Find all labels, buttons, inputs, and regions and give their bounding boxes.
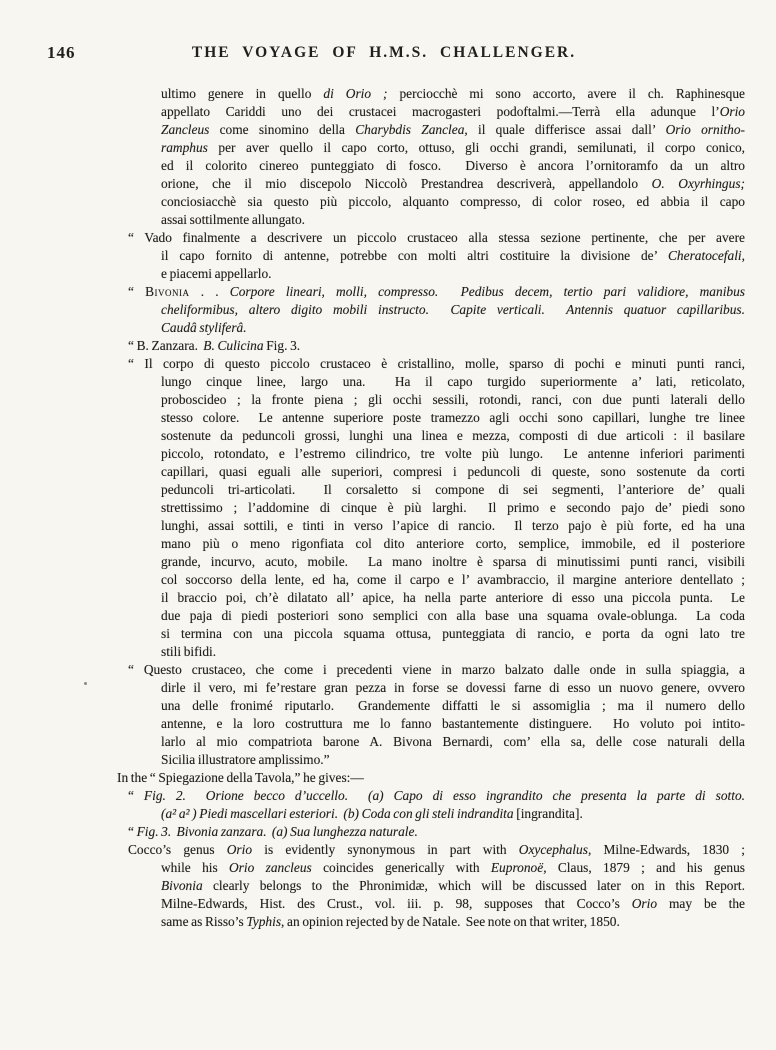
body-text: “ B. Zanzara. [128, 338, 203, 353]
body-text: , [742, 248, 745, 263]
text-line: Zancleus come sinomino della Charybdis Z… [128, 121, 745, 139]
italic-text: Orio [227, 842, 252, 857]
body-text: due paja di piedi posteriori sono sempli… [161, 608, 745, 623]
text-line: capillari, quasi eguali alle superiori, … [128, 463, 745, 481]
body-text: il capo fornito di antenne, potrebbe con… [161, 248, 668, 263]
text-line: lunghi, assai sottili, e tinti in verso … [128, 517, 745, 535]
italic-text: (a² a² ) Piedi mascellari esteriori. (b)… [161, 806, 516, 821]
body-text: while his [161, 860, 229, 875]
text-line: same as Risso’s Typhis, an opinion rejec… [128, 913, 745, 931]
body-text: sostenute da peduncoli grossi, lunghi un… [161, 428, 745, 443]
paragraph: Cocco’s genus Orio is evidently synonymo… [128, 841, 745, 931]
paragraph: “ Questo crustaceo, che come i precedent… [128, 661, 745, 769]
body-text: is evidently synonymous in part with [252, 842, 519, 857]
text-line: due paja di piedi posteriori sono sempli… [128, 607, 745, 625]
text-line: ed il colorito cinereo punteggiato di fo… [128, 157, 745, 175]
page-body: ultimo genere in quello di Orio ; percio… [128, 85, 745, 931]
body-text: “ Vado finalmente a descrivere un piccol… [128, 230, 745, 245]
body-text: conciosiacchè sia questo più piccolo, al… [161, 194, 745, 209]
paragraph: ultimo genere in quello di Orio ; percio… [128, 85, 745, 229]
body-text: grande, incurvo, acuto, mobile. La mano … [161, 554, 745, 569]
italic-text: Orio zancleus [229, 860, 312, 875]
body-text: il braccio poi, ch’è dilatato all’ apice… [161, 590, 745, 605]
body-text: “ Il corpo di questo piccolo crustaceo è… [128, 356, 745, 371]
italic-text: Caudâ styliferâ. [161, 320, 247, 335]
text-line: larlo al mio compatriota barone A. Bivon… [128, 733, 745, 751]
body-text: stili bifidi. [161, 644, 216, 659]
body-text: proboscideo ; la fronte piena ; gli occh… [161, 392, 745, 407]
paragraph: In the “ Spiegazione della Tavola,” he g… [128, 769, 745, 787]
paragraph: “ Fig. 2. Orione becco d’uccello. (a) Ca… [128, 787, 745, 823]
body-text: . . [190, 284, 230, 299]
body-text: , Milne-Edwards, 1830 ; [588, 842, 745, 857]
italic-text: B. Culicina [203, 338, 263, 353]
text-line: si termina con una piccola squama ottusa… [128, 625, 745, 643]
italic-text: Charybdis Zanclea [355, 122, 464, 137]
text-line: while his Orio zancleus coincides generi… [128, 859, 745, 877]
text-line: lungo cinque linee, largo una. Ha il cap… [128, 373, 745, 391]
italic-text: Corpore lineari, molli, compresso. Pedib… [230, 284, 745, 299]
italic-text: O. Oxyrhingus; [652, 176, 745, 191]
text-line: stesso colore. Le antenne superiore post… [128, 409, 745, 427]
paragraph: “ B. Zanzara. B. Culicina Fig. 3. [128, 337, 745, 355]
body-text: coincides generically with [312, 860, 491, 875]
book-page: 146 THE VOYAGE OF H.M.S. CHALLENGER. ult… [0, 0, 776, 1050]
body-text: “ Questo crustaceo, che come i precedent… [128, 662, 745, 677]
text-line: “ B. Zanzara. B. Culicina Fig. 3. [128, 337, 745, 355]
body-text: appellato Cariddi uno dei crustacei macr… [161, 104, 720, 119]
text-line: il braccio poi, ch’è dilatato all’ apice… [128, 589, 745, 607]
text-line: orione, che il mio discepolo Niccolò Pre… [128, 175, 745, 193]
body-text: Cocco’s genus [128, 842, 227, 857]
body-text: una delle fronimé riputarlo. Grandemente… [161, 698, 745, 713]
smallcaps-text: Bivonia [145, 284, 189, 299]
body-text: perciocchè mi sono accorto, avere il ch.… [388, 86, 745, 101]
italic-text: Orio [720, 104, 745, 119]
text-line: il capo fornito di antenne, potrebbe con… [128, 247, 745, 265]
body-text: same as Risso’s [161, 914, 246, 929]
text-line: “ Il corpo di questo piccolo crustaceo è… [128, 355, 745, 373]
body-text: larlo al mio compatriota barone A. Bivon… [161, 734, 745, 749]
paragraph: “ Vado finalmente a descrivere un piccol… [128, 229, 745, 283]
italic-text: Oxycephalus [519, 842, 588, 857]
text-line: proboscideo ; la fronte piena ; gli occh… [128, 391, 745, 409]
italic-text: Cheratocefali [668, 248, 742, 263]
text-line: grande, incurvo, acuto, mobile. La mano … [128, 553, 745, 571]
paragraph: “ Bivonia . . Corpore lineari, molli, co… [128, 283, 745, 337]
text-line: “ Fig. 3. Bivonia zanzara. (a) Sua lungh… [128, 823, 745, 841]
body-text: , il quale differisce assai dall’ [464, 122, 665, 137]
text-line: In the “ Spiegazione della Tavola,” he g… [117, 769, 745, 787]
text-line: “ Fig. 2. Orione becco d’uccello. (a) Ca… [128, 787, 745, 805]
text-line: dirle il vero, mi fe’restare gran pezza … [128, 679, 745, 697]
body-text: come sinomino della [209, 122, 355, 137]
scan-artifact-dot [84, 682, 87, 685]
text-line: cheliformibus, altero digito mobili inst… [128, 301, 745, 319]
body-text: ultimo genere in quello [161, 86, 323, 101]
body-text: , Claus, 1879 ; and his genus [543, 860, 745, 875]
text-line: Cocco’s genus Orio is evidently synonymo… [128, 841, 745, 859]
body-text: peduncoli tri-articolati. Il corsaletto … [161, 482, 745, 497]
running-title: THE VOYAGE OF H.M.S. CHALLENGER. [0, 44, 772, 62]
text-line: Milne-Edwards, Hist. des Crust., vol. ii… [128, 895, 745, 913]
body-text: [ingrandita]. [516, 806, 583, 821]
body-text: lungo cinque linee, largo una. Ha il cap… [161, 374, 745, 389]
text-line: appellato Cariddi uno dei crustacei macr… [128, 103, 745, 121]
body-text: ed il colorito cinereo punteggiato di fo… [161, 158, 745, 173]
text-line: (a² a² ) Piedi mascellari esteriori. (b)… [128, 805, 745, 823]
text-line: mano più o meno rigonfiata col dito ante… [128, 535, 745, 553]
text-line: “ Questo crustaceo, che come i precedent… [128, 661, 745, 679]
text-line: ramphus per aver quello il capo corto, o… [128, 139, 745, 157]
italic-text: Zancleus [161, 122, 209, 137]
body-text: “ [128, 284, 145, 299]
body-text: stesso colore. Le antenne superiore post… [161, 410, 745, 425]
body-text: “ [128, 824, 137, 839]
italic-text: Bivonia [161, 878, 203, 893]
text-line: assai sottilmente allungato. [128, 211, 745, 229]
italic-text: Eupronoë [491, 860, 543, 875]
paragraph: “ Il corpo di questo piccolo crustaceo è… [128, 355, 745, 661]
italic-text: cheliformibus, altero digito mobili inst… [161, 302, 745, 317]
text-line: stili bifidi. [128, 643, 745, 661]
body-text: “ [128, 788, 144, 803]
body-text: Milne-Edwards, Hist. des Crust., vol. ii… [161, 896, 632, 911]
body-text: antenne, e la loro costruttura me lo fan… [161, 716, 745, 731]
text-line: una delle fronimé riputarlo. Grandemente… [128, 697, 745, 715]
text-line: sostenute da peduncoli grossi, lunghi un… [128, 427, 745, 445]
body-text: col soccorso della lente, ed ha, come il… [161, 572, 745, 587]
italic-text: di Orio ; [323, 86, 387, 101]
text-line: “ Bivonia . . Corpore lineari, molli, co… [128, 283, 745, 301]
text-line: Caudâ styliferâ. [128, 319, 745, 337]
italic-text: ramphus [161, 140, 208, 155]
body-text: strettissimo ; l’addomine di cinque è pi… [161, 500, 745, 515]
body-text: mano più o meno rigonfiata col dito ante… [161, 536, 745, 551]
body-text: assai sottilmente allungato. [161, 212, 305, 227]
body-text: may be the [657, 896, 745, 911]
body-text: clearly belongs to the Phronimidæ, which… [203, 878, 745, 893]
text-line: “ Vado finalmente a descrivere un piccol… [128, 229, 745, 247]
body-text: In the “ Spiegazione della Tavola,” he g… [117, 770, 364, 785]
text-line: piccolo, rotondato, e l’estremo cilindri… [128, 445, 745, 463]
text-line: strettissimo ; l’addomine di cinque è pi… [128, 499, 745, 517]
text-line: col soccorso della lente, ed ha, come il… [128, 571, 745, 589]
text-line: Sicilia illustratore amplissimo.” [128, 751, 745, 769]
text-line: e piacemi appellarlo. [128, 265, 745, 283]
text-line: conciosiacchè sia questo più piccolo, al… [128, 193, 745, 211]
body-text: dirle il vero, mi fe’restare gran pezza … [161, 680, 745, 695]
body-text: e piacemi appellarlo. [161, 266, 272, 281]
italic-text: Orio ornitho- [666, 122, 745, 137]
body-text: , an opinion rejected by de Natale. See … [281, 914, 620, 929]
body-text: orione, che il mio discepolo Niccolò Pre… [161, 176, 652, 191]
body-text: Fig. 3. [264, 338, 301, 353]
text-line: antenne, e la loro costruttura me lo fan… [128, 715, 745, 733]
body-text: lunghi, assai sottili, e tinti in verso … [161, 518, 745, 533]
italic-text: Fig. 2. Orione becco d’uccello. (a) Capo… [144, 788, 745, 803]
body-text: piccolo, rotondato, e l’estremo cilindri… [161, 446, 745, 461]
italic-text: Orio [632, 896, 657, 911]
text-line: peduncoli tri-articolati. Il corsaletto … [128, 481, 745, 499]
italic-text: Fig. 3. Bivonia zanzara. (a) Sua lunghez… [137, 824, 418, 839]
text-line: ultimo genere in quello di Orio ; percio… [128, 85, 745, 103]
text-line: Bivonia clearly belongs to the Phronimid… [128, 877, 745, 895]
paragraph: “ Fig. 3. Bivonia zanzara. (a) Sua lungh… [128, 823, 745, 841]
body-text: capillari, quasi eguali alle superiori, … [161, 464, 745, 479]
italic-text: Typhis [246, 914, 281, 929]
body-text: per aver quello il capo corto, ottuso, g… [208, 140, 745, 155]
body-text: si termina con una piccola squama ottusa… [161, 626, 745, 641]
body-text: Sicilia illustratore amplissimo.” [161, 752, 330, 767]
